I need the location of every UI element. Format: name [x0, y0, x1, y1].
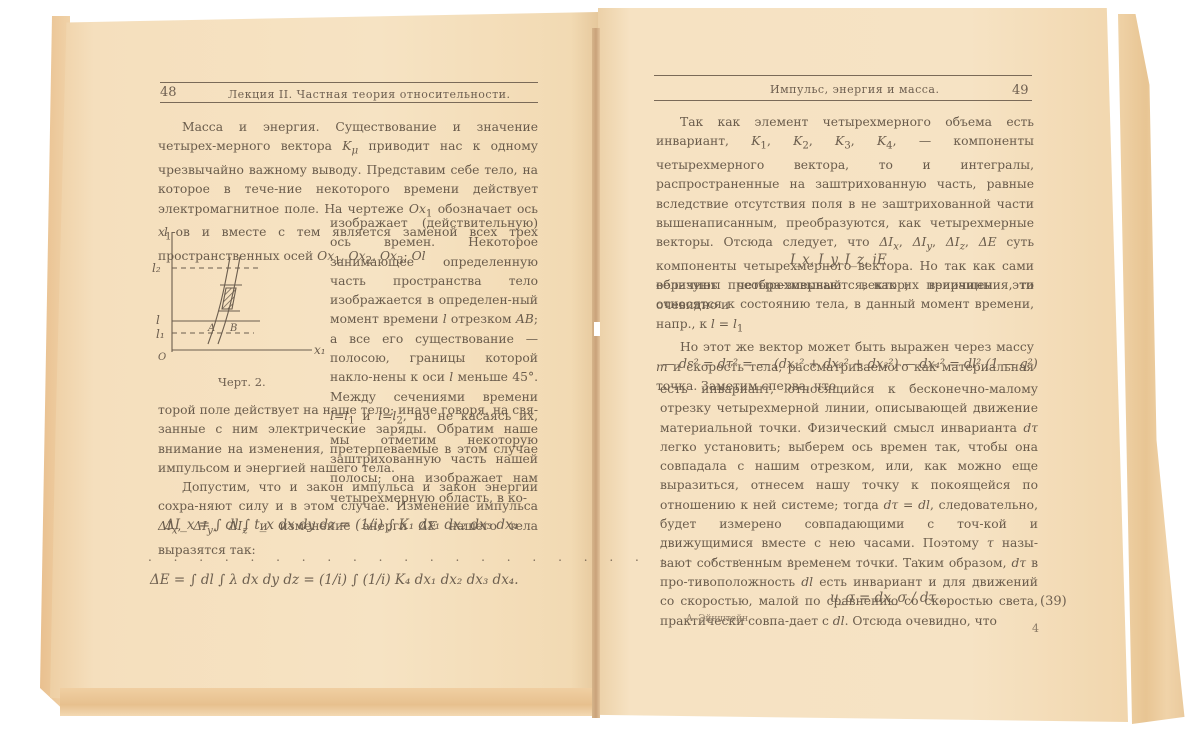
left-page-number: 48 — [160, 85, 177, 100]
formula-interval: — ds² = dτ² = — (dx₁² + dx₂² + dx₃²) — d… — [662, 357, 1038, 372]
right-para-2: образуют четырехмерный вектор; величины … — [656, 276, 1034, 396]
left-header-rule-top — [160, 82, 538, 83]
label-l: l — [156, 313, 160, 327]
label-x1: x₁ — [314, 343, 326, 357]
spacetime-diagram: l l₂ l l₁ O x₁ A B — [150, 222, 330, 362]
left-header-rule-bottom — [160, 102, 538, 103]
signature-mark: 4 — [1032, 622, 1039, 635]
left-para-1-end: торой поле действует на наше тело; иначе… — [158, 401, 538, 560]
book-gutter — [592, 28, 600, 718]
label-B: B — [229, 323, 237, 334]
label-l2: l₂ — [152, 261, 161, 275]
formula-momentum-vector: I_x, I_y, I_z, iE — [790, 252, 887, 268]
figure-caption: Черт. 2. — [218, 375, 266, 389]
formula-delta-e: ΔE = ∫ dl ∫ λ dx dy dz = (1/i) ∫ (1/i) K… — [150, 572, 519, 588]
footer-author: А. Эйнштейн. — [686, 614, 751, 624]
right-running-head: Импульс, энергия и масса. — [770, 83, 939, 96]
formula-four-velocity: u_σ = dx_σ / dτ . — [830, 590, 945, 606]
right-header-rule-top — [654, 75, 1032, 76]
equation-number: (39) — [1040, 594, 1067, 609]
label-origin: O — [158, 352, 166, 362]
axis-label-l: l — [164, 225, 168, 239]
open-book-photo: 48 Лекция II. Частная теория относительн… — [0, 0, 1200, 737]
label-A: A — [207, 323, 215, 334]
formula-delta-ix: ΔI_x = ∫ dl ∫ t_x dx dy dz = (1/i) ∫ K₁ … — [165, 517, 518, 533]
label-l1: l₁ — [156, 327, 165, 341]
right-page-number: 49 — [1012, 83, 1029, 98]
left-page-bottom-fold — [60, 688, 600, 716]
gutter-tear — [594, 322, 600, 336]
right-header-rule-bottom — [654, 100, 1032, 101]
right-page-stack — [1118, 14, 1188, 724]
left-running-head: Лекция II. Частная теория относительност… — [228, 88, 511, 101]
